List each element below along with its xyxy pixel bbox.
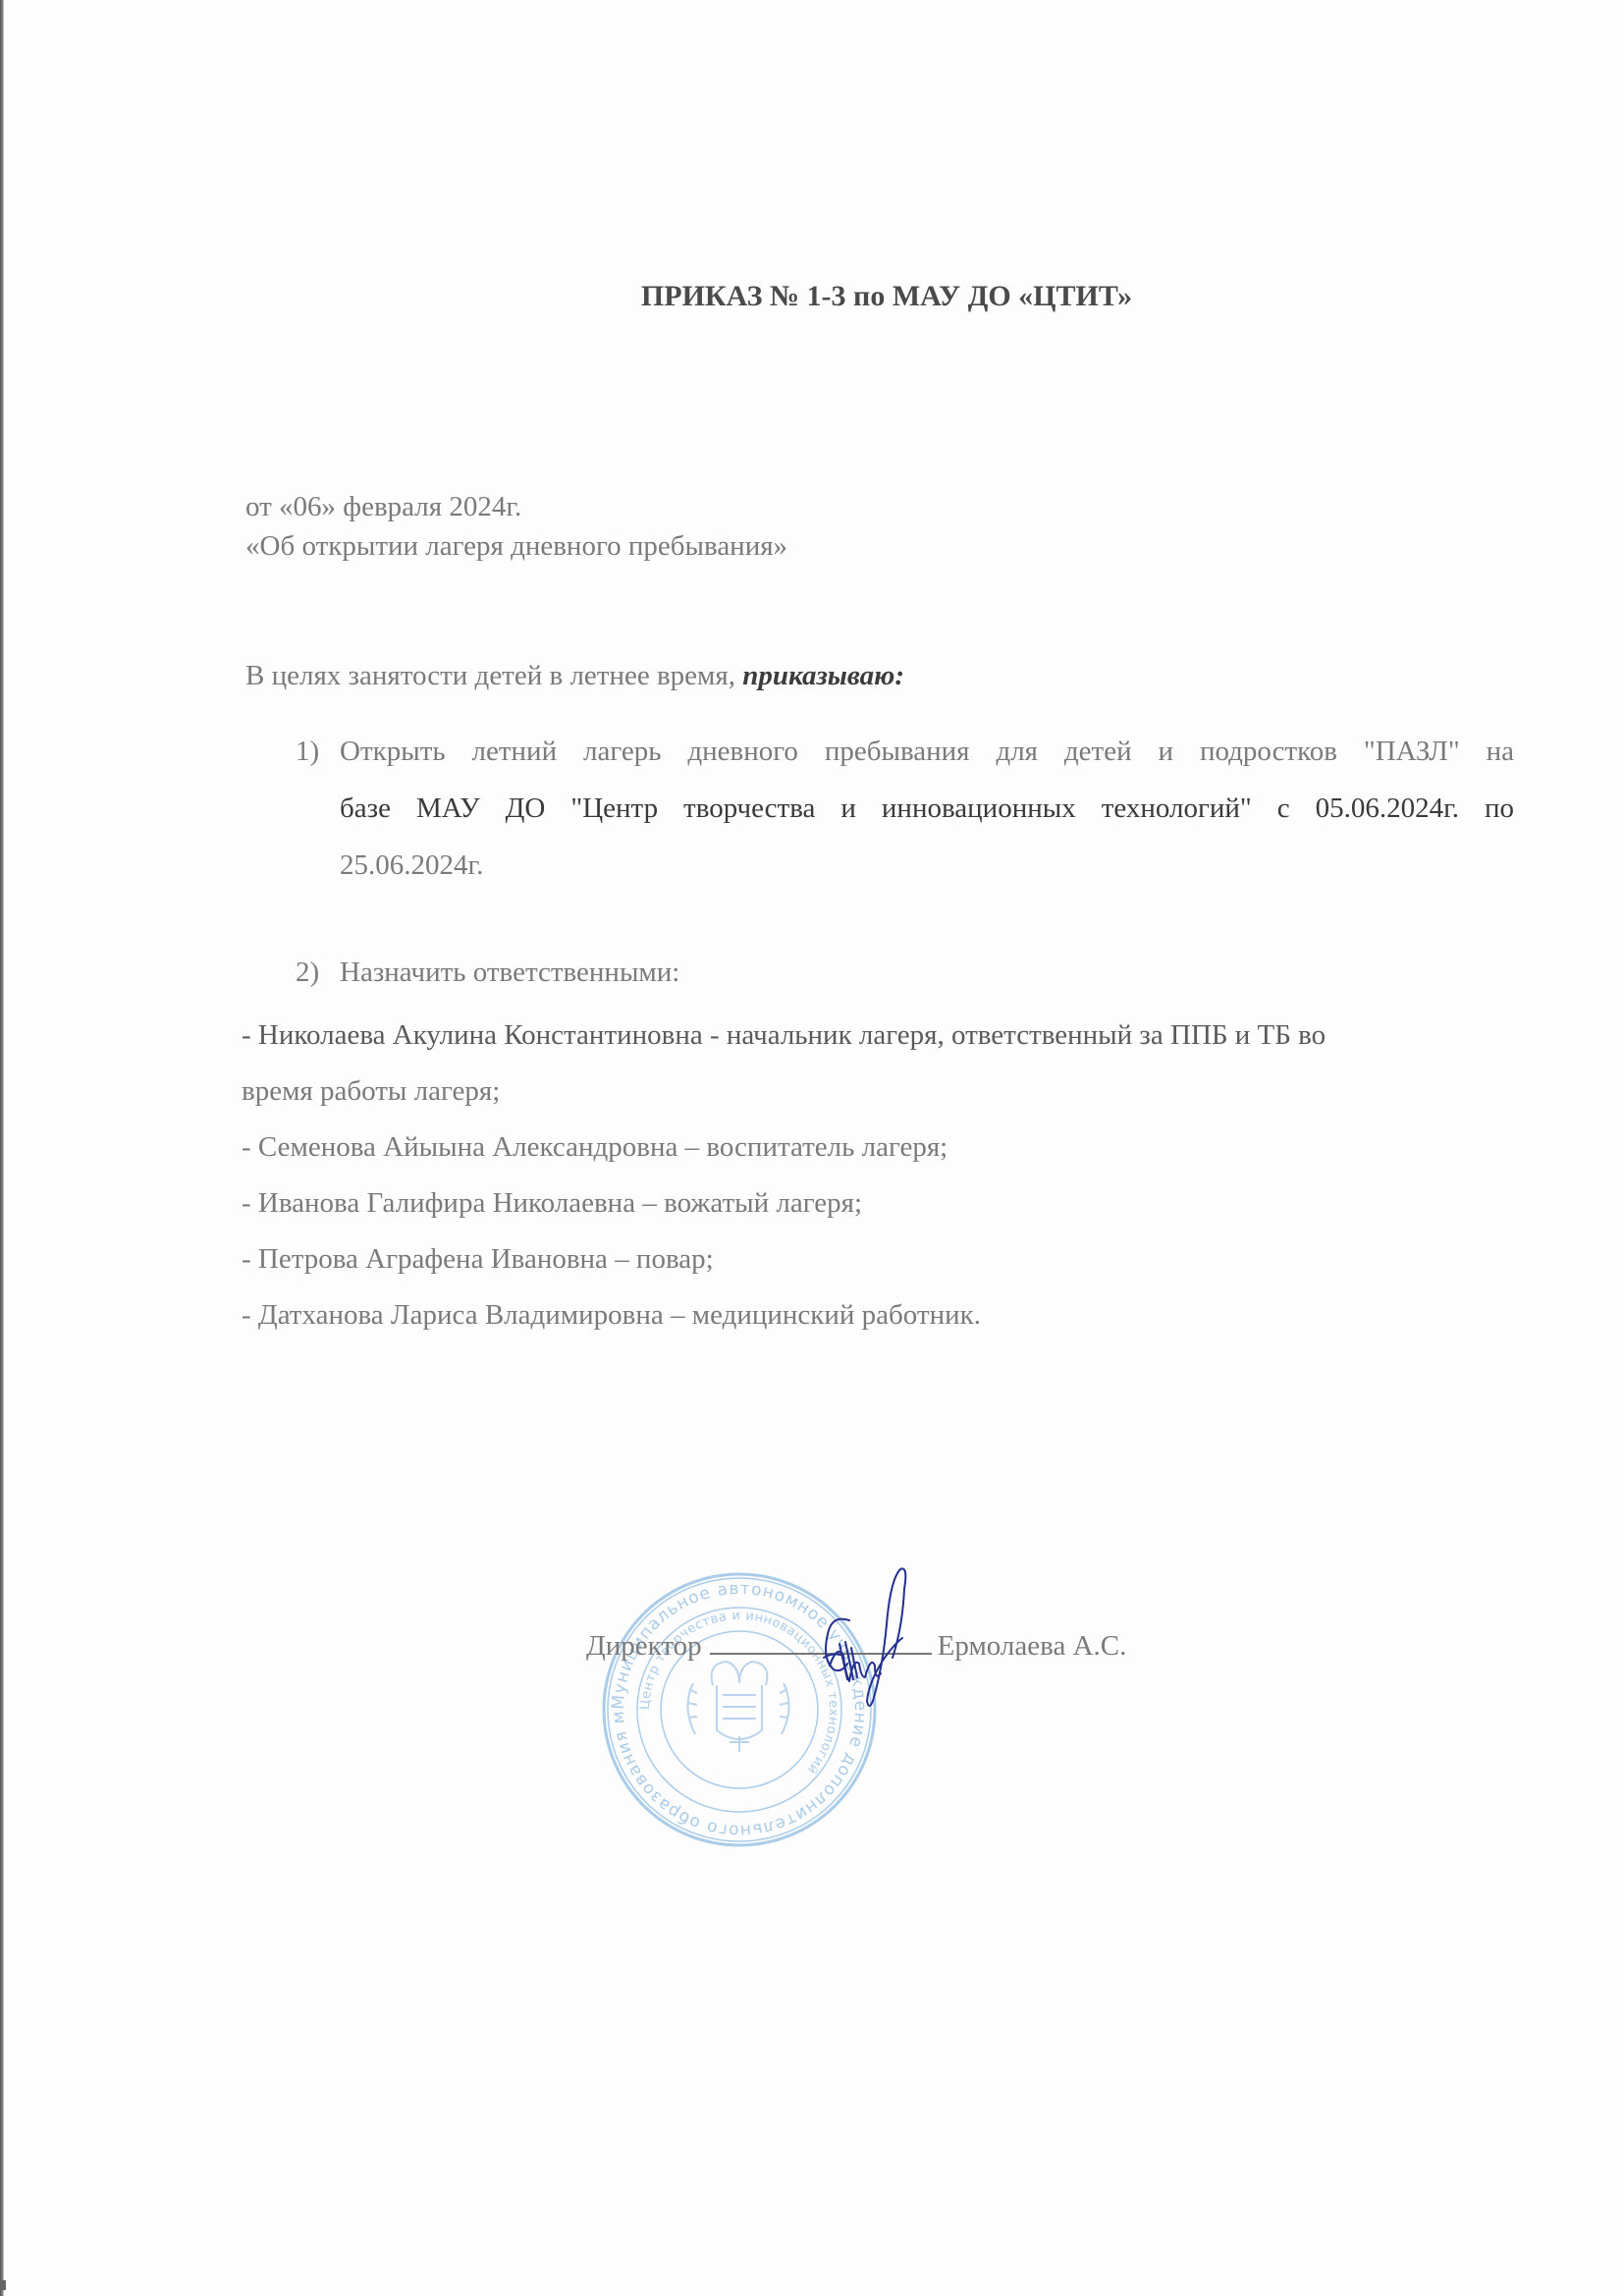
signatory-name: Ермолаева А.С. xyxy=(938,1630,1127,1662)
scan-edge xyxy=(0,0,4,2296)
item-1-line-3: 25.06.2024г. xyxy=(340,847,1514,883)
handwritten-signature-icon xyxy=(810,1563,928,1721)
document-date: от «06» февраля 2024г. xyxy=(245,489,521,524)
document-title: ПРИКАЗ № 1-3 по МАУ ДО «ЦТИТ» xyxy=(0,279,1624,314)
item-number-1: 1) xyxy=(296,734,319,769)
item-number-2: 2) xyxy=(296,955,319,990)
item-1-line-2: базе МАУ ДО "Центр творчества и инноваци… xyxy=(340,791,1514,826)
item-2-line-1: Назначить ответственными: xyxy=(340,955,679,990)
signatory-position: Директор xyxy=(586,1630,702,1662)
responsible-line-1: - Николаева Акулина Константиновна - нач… xyxy=(242,1017,1326,1053)
preamble-text: В целях занятости детей в летнее время, xyxy=(245,660,742,691)
preamble: В целях занятости детей в летнее время, … xyxy=(245,658,904,693)
responsible-line-6: - Датханова Лариса Владимировна – медици… xyxy=(242,1297,981,1333)
responsible-line-3: - Семенова Айыына Александровна – воспит… xyxy=(242,1129,947,1165)
responsible-line-4: - Иванова Галифира Николаевна – вожатый … xyxy=(242,1185,862,1221)
order-verb: приказываю: xyxy=(742,660,904,691)
responsible-line-2: время работы лагеря; xyxy=(242,1073,500,1109)
responsible-line-5: - Петрова Аграфена Ивановна – повар; xyxy=(242,1241,714,1277)
scan-corner-mark xyxy=(0,2280,6,2290)
item-1-line-1: Открыть летний лагерь дневного пребывани… xyxy=(340,734,1514,769)
document-subject: «Об открытии лагеря дневного пребывания» xyxy=(245,528,787,564)
